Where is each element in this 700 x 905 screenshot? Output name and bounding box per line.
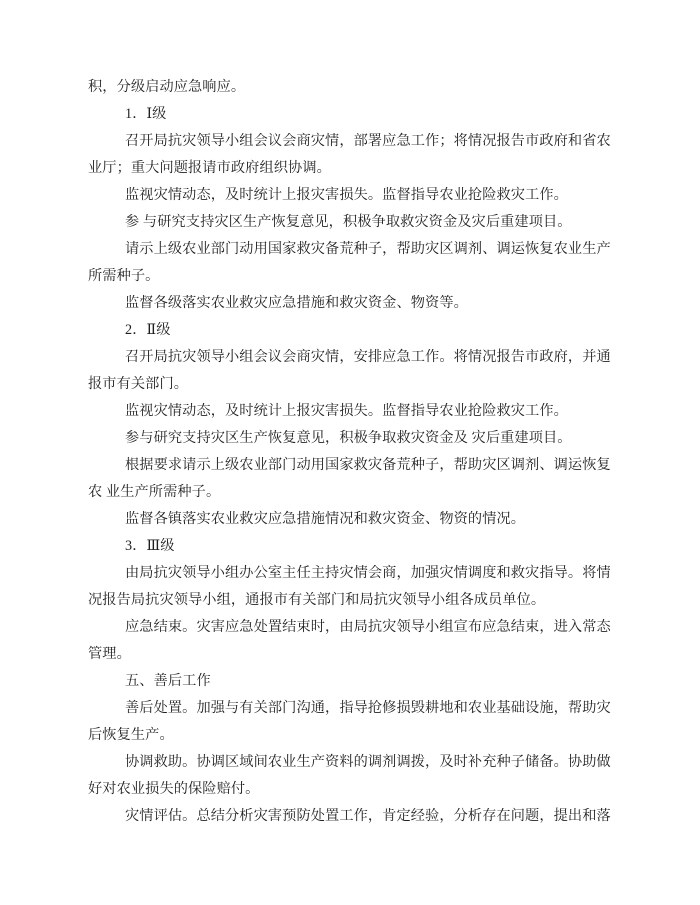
document-line: 参 与研究支持灾区生产恢复意见，积极争取救灾资金及灾后重建项目。 (88, 209, 618, 236)
document-line: 根据要求请示上级农业部门动用国家救灾备荒种子，帮助灾区调剂、调运恢复 (88, 452, 618, 479)
document-line: 业厅；重大问题报请市政府组织协调。 (88, 155, 618, 182)
document-line: 召开局抗灾领导小组会议会商灾情，安排应急工作。将情况报告市政府，并通 (88, 344, 618, 371)
document-line: 善后处置。加强与有关部门沟通，指导抢修损毁耕地和农业基础设施，帮助灾 (88, 695, 618, 722)
document-line: 应急结束。灾害应急处置结束时，由局抗灾领导小组宣布应急结束，进入常态 (88, 614, 618, 641)
document-line: 监督各镇落实农业救灾应急措施情况和救灾资金、物资的情况。 (88, 506, 618, 533)
document-line: 农 业生产所需种子。 (88, 479, 618, 506)
document-line: 报市有关部门。 (88, 371, 618, 398)
document-line: 好对农业损失的保险赔付。 (88, 776, 618, 803)
document-line: 五、善后工作 (88, 668, 618, 695)
document-line: 监视灾情动态，及时统计上报灾害损失。监督指导农业抢险救灾工作。 (88, 182, 618, 209)
document-line: 后恢复生产。 (88, 722, 618, 749)
document-line: 3．Ⅲ级 (88, 533, 618, 560)
document-line: 监督各级落实农业救灾应急措施和救灾资金、物资等。 (88, 290, 618, 317)
document-line: 灾情评估。总结分析灾害预防处置工作，肯定经验，分析存在问题，提出和落 (88, 803, 618, 830)
document-line: 请示上级农业部门动用国家救灾备荒种子，帮助灾区调剂、调运恢复农业生产 (88, 236, 618, 263)
document-line: 积，分级启动应急响应。 (88, 74, 618, 101)
document-page: 积，分级启动应急响应。1．Ⅰ级召开局抗灾领导小组会议会商灾情，部署应急工作；将情… (0, 0, 700, 905)
document-line: 况报告局抗灾领导小组，通报市有关部门和局抗灾领导小组各成员单位。 (88, 587, 618, 614)
document-line: 2．Ⅱ级 (88, 317, 618, 344)
document-line: 监视灾情动态，及时统计上报灾害损失。监督指导农业抢险救灾工作。 (88, 398, 618, 425)
document-line: 1．Ⅰ级 (88, 101, 618, 128)
document-line: 所需种子。 (88, 263, 618, 290)
document-line: 由局抗灾领导小组办公室主任主持灾情会商，加强灾情调度和救灾指导。将情 (88, 560, 618, 587)
document-line: 参与研究支持灾区生产恢复意见，积极争取救灾资金及 灾后重建项目。 (88, 425, 618, 452)
document-body: 积，分级启动应急响应。1．Ⅰ级召开局抗灾领导小组会议会商灾情，部署应急工作；将情… (88, 74, 618, 830)
document-line: 召开局抗灾领导小组会议会商灾情，部署应急工作；将情况报告市政府和省农 (88, 128, 618, 155)
document-line: 协调救助。协调区域间农业生产资料的调剂调拨，及时补充种子储备。协助做 (88, 749, 618, 776)
document-line: 管理。 (88, 641, 618, 668)
